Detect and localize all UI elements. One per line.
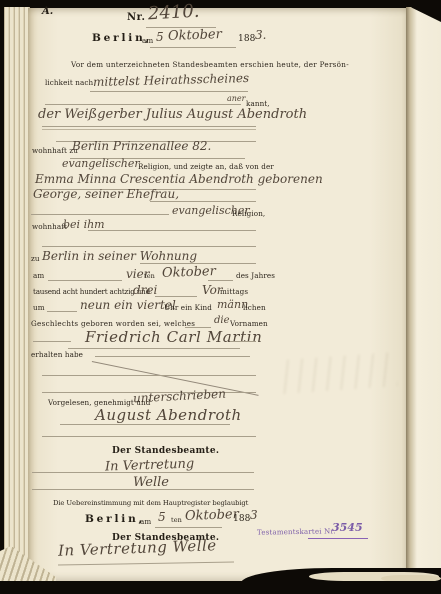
- birthtime-printed: Uhr ein Kind: [164, 304, 212, 311]
- birthdate-jahres: des Jahres: [236, 272, 275, 279]
- geschlecht-line: Geschlechts geboren worden sei, welches: [31, 320, 195, 327]
- intro-line-2: lichkeit nach: [45, 79, 93, 86]
- mother-residence-label: wohnhaft: [32, 223, 67, 230]
- cert-ten: ten: [171, 517, 182, 524]
- record-number-value: 2410.: [148, 3, 200, 24]
- ruled-line: [88, 230, 256, 231]
- declarant-signature: August Abendroth: [95, 408, 242, 423]
- article-entry: die: [214, 316, 230, 326]
- birthtime-um: um: [33, 304, 45, 311]
- testament-index-stamp-label: Testamentskartei Nr.: [257, 528, 336, 536]
- birthdate-ten: ten: [144, 273, 155, 280]
- birthyear-entry: drei: [133, 284, 157, 296]
- ruled-line: [48, 280, 122, 281]
- birthtime-entry: neun ein viertel: [80, 299, 176, 311]
- ruled-line: [32, 472, 254, 473]
- father-religion-printed: Religion, und zeigte an, daß von der: [138, 163, 274, 170]
- form-corner-label: A.: [42, 7, 53, 17]
- ruled-line: [95, 356, 250, 357]
- stamp-underline: [308, 538, 368, 539]
- left-page-edges: [4, 6, 30, 582]
- erhalten-printed: erhalten habe: [31, 351, 83, 358]
- vornamen-printed: Vornamen: [230, 320, 268, 327]
- ruled-line: [150, 47, 236, 48]
- ruled-line: [42, 436, 256, 437]
- cert-city: Berlin,: [85, 514, 145, 525]
- certification-line: Die Uebereinstimmung mit dem Hauptregist…: [53, 500, 248, 507]
- cert-day-entry: 5: [158, 511, 166, 523]
- child-name-entry: Friedrich Carl Martin: [85, 330, 262, 345]
- recognized-prefix-entry: aner: [227, 95, 245, 103]
- ruled-line: [60, 424, 230, 425]
- birthplace-entry: Berlin in seiner Wohnung: [42, 250, 197, 262]
- cert-am: am: [140, 518, 151, 525]
- record-number-label: Nr.: [127, 13, 145, 23]
- mother-name-entry: Emma Minna Crescentia Abendroth geborene…: [35, 173, 323, 185]
- ruled-line: [32, 489, 254, 490]
- father-religion-entry: evangelischer: [62, 158, 140, 169]
- ruled-line: [33, 341, 71, 342]
- child-sex-printed: lichen: [243, 304, 266, 311]
- dateline-year-handwritten: 3.: [255, 29, 266, 41]
- ruled-line: [42, 126, 256, 127]
- ruled-line: [45, 104, 241, 105]
- daytime-printed: mittags: [220, 288, 248, 295]
- ruled-line: [47, 311, 77, 312]
- declarant-name-entry: der Weißgerber Julius August Abendroth: [38, 108, 307, 121]
- birthplace-printed: zu: [31, 255, 40, 262]
- top-dark-border: [0, 0, 441, 7]
- mother-name-entry-2: George, seiner Ehefrau,: [33, 188, 179, 200]
- residence-entry: Berlin Prinzenallee 82.: [72, 140, 211, 152]
- ruled-line: [150, 201, 256, 202]
- dateline-am: am: [142, 37, 153, 44]
- registry-book-scan: A. Nr. 2410. Berlin, am 5 Oktober 188 3.…: [0, 0, 441, 594]
- cert-year-printed: 188: [233, 515, 250, 524]
- ruled-line: [230, 341, 256, 342]
- intro-line-1: Vor dem unterzeichneten Standesbeamten e…: [71, 61, 349, 68]
- ruled-line: [208, 280, 233, 281]
- cert-year-entry: 3: [250, 509, 258, 521]
- ruled-line: [31, 214, 169, 215]
- ruled-line: [155, 527, 222, 528]
- ruled-line: [155, 296, 197, 297]
- ruled-line: [68, 348, 240, 349]
- right-page-edge: [406, 2, 441, 582]
- ruled-line: [42, 375, 256, 376]
- cert-month-entry: Oktober: [185, 508, 239, 523]
- ruled-line: [90, 91, 248, 92]
- registrar-signature: Welle: [133, 476, 169, 489]
- birthdate-month-entry: Oktober: [162, 265, 216, 280]
- dateline-year-printed: 188: [238, 35, 255, 44]
- registrar-title: Der Standesbeamte.: [112, 447, 219, 456]
- testament-index-stamp-number: 3545: [332, 522, 363, 533]
- bottom-dark-border: [0, 581, 441, 594]
- mother-residence-entry: bei ihm: [63, 219, 105, 230]
- ruled-line: [42, 246, 256, 247]
- ruled-line: [42, 129, 256, 130]
- birthdate-am: am: [33, 272, 44, 279]
- mother-religion-printed: Religion,: [232, 210, 265, 217]
- dateline-day: 5: [156, 31, 164, 43]
- dateline-month: Oktober: [168, 28, 222, 43]
